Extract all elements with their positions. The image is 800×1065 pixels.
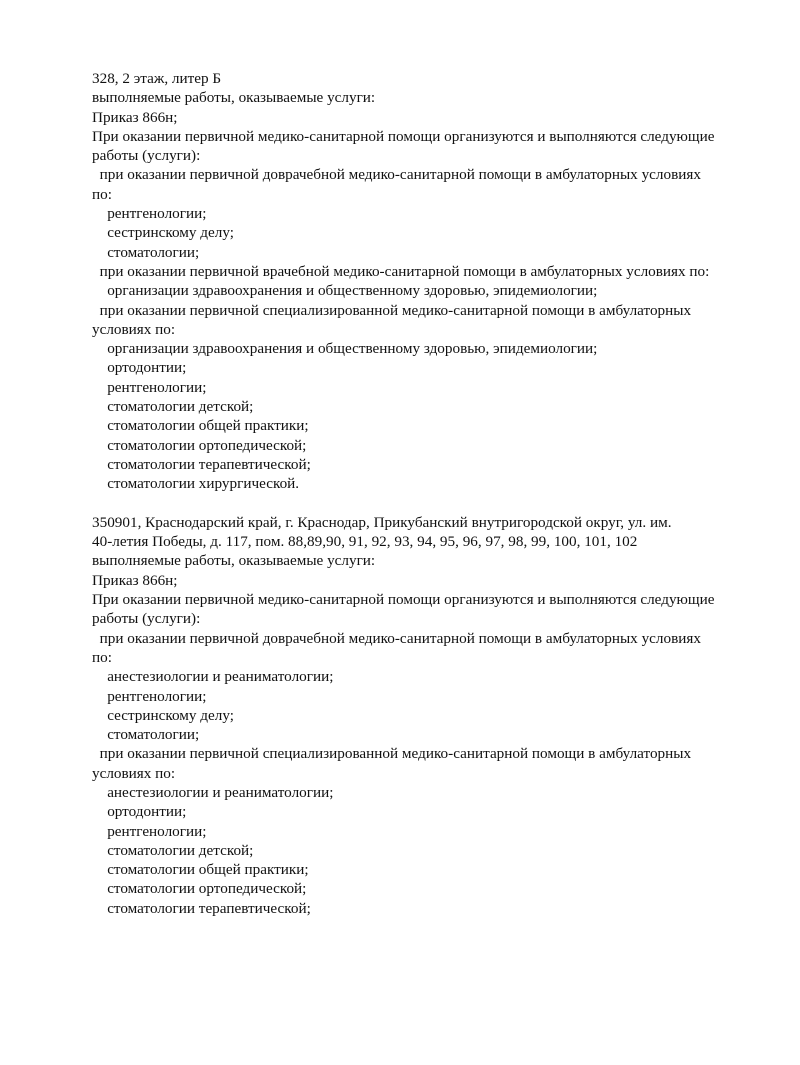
section-gap xyxy=(92,494,772,513)
text-line: работы (услуги): xyxy=(92,609,772,628)
text-line: ортодонтии; xyxy=(92,358,772,377)
text-line: стоматологии; xyxy=(92,725,772,744)
text-line: 40-летия Победы, д. 117, пом. 88,89,90, … xyxy=(92,532,772,551)
text-line: стоматологии детской; xyxy=(92,841,772,860)
text-line: организации здравоохранения и общественн… xyxy=(92,339,772,358)
text-line: стоматологии хирургической. xyxy=(92,474,772,493)
text-line: при оказании первичной специализированно… xyxy=(92,301,772,320)
text-line: 350901, Краснодарский край, г. Краснодар… xyxy=(92,513,772,532)
text-line: при оказании первичной специализированно… xyxy=(92,744,772,763)
text-line: Приказ 866н; xyxy=(92,571,772,590)
text-line: 328, 2 этаж, литер Б xyxy=(92,69,772,88)
text-line: стоматологии ортопедической; xyxy=(92,436,772,455)
text-line: выполняемые работы, оказываемые услуги: xyxy=(92,551,772,570)
text-line: анестезиологии и реаниматологии; xyxy=(92,783,772,802)
text-line: при оказании первичной врачебной медико-… xyxy=(92,262,772,281)
address-section-2: 350901, Краснодарский край, г. Краснодар… xyxy=(92,513,772,918)
address-section-1: 328, 2 этаж, литер Бвыполняемые работы, … xyxy=(92,69,772,494)
text-line: сестринскому делу; xyxy=(92,706,772,725)
text-line: при оказании первичной доврачебной медик… xyxy=(92,165,772,184)
text-line: выполняемые работы, оказываемые услуги: xyxy=(92,88,772,107)
text-line: по: xyxy=(92,648,772,667)
text-line: При оказании первичной медико-санитарной… xyxy=(92,127,772,146)
text-line: по: xyxy=(92,185,772,204)
text-line: стоматологии; xyxy=(92,243,772,262)
text-line: Приказ 866н; xyxy=(92,108,772,127)
text-line: анестезиологии и реаниматологии; xyxy=(92,667,772,686)
text-line: сестринскому делу; xyxy=(92,223,772,242)
text-line: стоматологии общей практики; xyxy=(92,416,772,435)
text-line: ортодонтии; xyxy=(92,802,772,821)
text-line: условиях по: xyxy=(92,320,772,339)
text-line: стоматологии общей практики; xyxy=(92,860,772,879)
text-line: при оказании первичной доврачебной медик… xyxy=(92,629,772,648)
text-line: стоматологии терапевтической; xyxy=(92,455,772,474)
text-line: рентгенологии; xyxy=(92,204,772,223)
text-line: рентгенологии; xyxy=(92,822,772,841)
text-line: рентгенологии; xyxy=(92,687,772,706)
document-page: 328, 2 этаж, литер Бвыполняемые работы, … xyxy=(92,69,772,918)
text-line: рентгенологии; xyxy=(92,378,772,397)
text-line: стоматологии детской; xyxy=(92,397,772,416)
text-line: условиях по: xyxy=(92,764,772,783)
text-line: работы (услуги): xyxy=(92,146,772,165)
text-line: стоматологии ортопедической; xyxy=(92,879,772,898)
text-line: При оказании первичной медико-санитарной… xyxy=(92,590,772,609)
text-line: организации здравоохранения и общественн… xyxy=(92,281,772,300)
text-line: стоматологии терапевтической; xyxy=(92,899,772,918)
